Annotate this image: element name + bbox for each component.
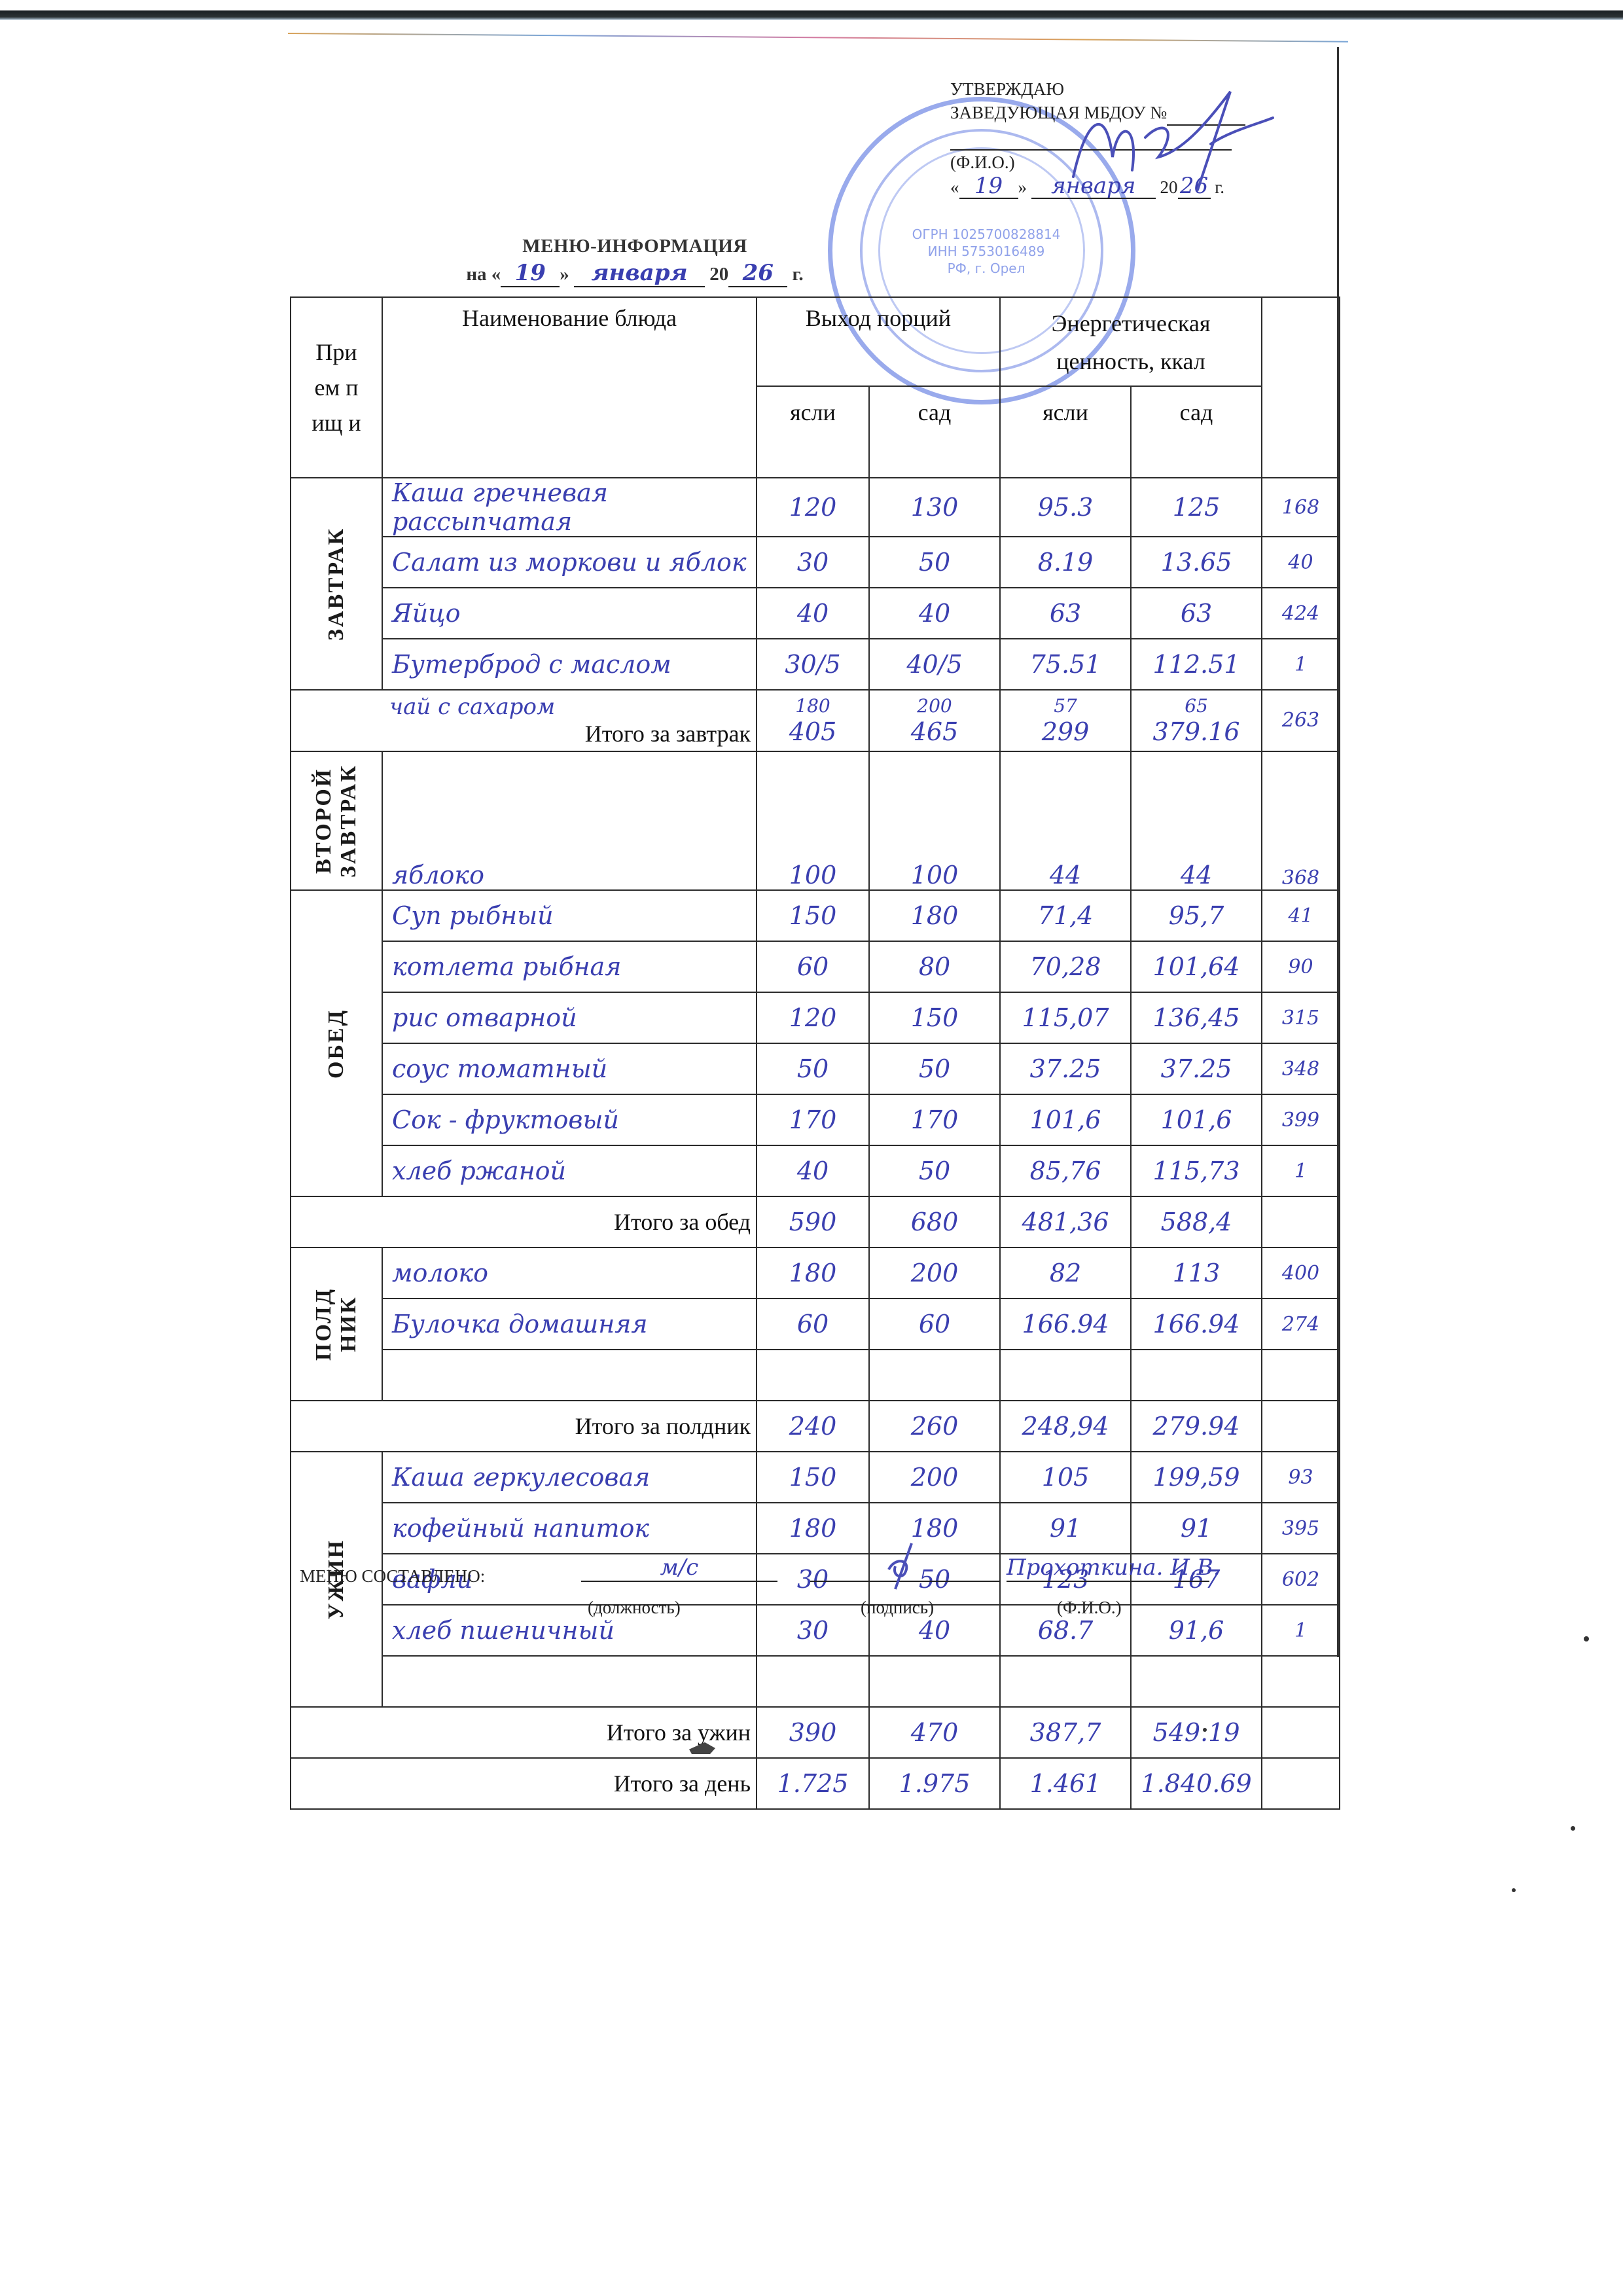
kcal-garden: 166.94 xyxy=(1131,1299,1262,1350)
table-row: хлеб пшеничный304068.791,61 xyxy=(291,1605,1340,1656)
kcal-garden: 91,6 xyxy=(1131,1605,1262,1656)
table-row: соус томатный505037.2537.25348 xyxy=(291,1043,1340,1094)
recipe-number xyxy=(1262,1656,1340,1707)
total-value: 379.16 xyxy=(1132,717,1261,746)
header-meal-text: При ем пищ и xyxy=(310,334,363,440)
extra-portion-nursery: 180 xyxy=(757,695,868,717)
total-value: 390 xyxy=(757,1718,868,1747)
table-row: Бутерброд с маслом30/540/575.51112.511 xyxy=(291,639,1340,690)
portion-garden: 170 xyxy=(869,1094,1000,1145)
dish-name xyxy=(382,1656,757,1707)
dish-name: хлеб пшеничный xyxy=(382,1605,757,1656)
document-header: МЕНЮ-ИНФОРМАЦИЯ на «19» января 2026 г. xyxy=(406,236,864,287)
kcal-nursery: 101,6 xyxy=(1000,1094,1131,1145)
scan-speck xyxy=(1512,1888,1516,1892)
total-value: 387,7 xyxy=(1001,1718,1130,1747)
portion-garden: 50 xyxy=(869,1043,1000,1094)
footer-position-value: м/с xyxy=(581,1554,777,1582)
kcal-nursery: 44 xyxy=(1000,751,1131,890)
recipe-number: 168 xyxy=(1262,478,1340,537)
kcal-nursery xyxy=(1000,1350,1131,1401)
table-row: хлеб ржаной405085,76115,731 xyxy=(291,1145,1340,1196)
recipe-number: 263 xyxy=(1262,690,1340,751)
recipe-number: 93 xyxy=(1262,1452,1340,1503)
portion-nursery: 50 xyxy=(757,1043,869,1094)
header-portions-nursery: ясли xyxy=(757,386,869,478)
meal-label-cell: ВТОРОЙ ЗАВТРАК xyxy=(291,751,382,890)
dish-name: яблоко xyxy=(382,751,757,890)
kcal-nursery: 115,07 xyxy=(1000,992,1131,1043)
portion-nursery: 120 xyxy=(757,478,869,537)
portion-nursery xyxy=(757,1350,869,1401)
kcal-garden: 125 xyxy=(1131,478,1262,537)
total-portion-garden: 680 xyxy=(869,1196,1000,1247)
total-value: 465 xyxy=(870,717,999,746)
footer-fio-caption: (Ф.И.О.) xyxy=(1057,1598,1122,1618)
portion-garden: 100 xyxy=(869,751,1000,890)
dish-name: Булочка домашняя xyxy=(382,1299,757,1350)
dish-name: котлета рыбная xyxy=(382,941,757,992)
total-value: 588,4 xyxy=(1132,1208,1261,1236)
portion-nursery: 30/5 xyxy=(757,639,869,690)
dish-name: Сок - фруктовый xyxy=(382,1094,757,1145)
meal-label-cell: ОБЕД xyxy=(291,890,382,1196)
dish-name: молоко xyxy=(382,1247,757,1299)
kcal-garden xyxy=(1131,1350,1262,1401)
total-label: Итого за обед xyxy=(291,1196,757,1247)
header-energy-nursery: ясли xyxy=(1000,386,1131,478)
dish-name: Яйцо xyxy=(382,588,757,639)
kcal-garden: 115,73 xyxy=(1131,1145,1262,1196)
portion-garden: 130 xyxy=(869,478,1000,537)
kcal-nursery: 105 xyxy=(1000,1452,1131,1503)
extra-portion-garden: 200 xyxy=(870,695,999,717)
kcal-garden xyxy=(1131,1656,1262,1707)
stamp-inn: ИНН 5753016489 xyxy=(904,243,1068,260)
portion-garden: 80 xyxy=(869,941,1000,992)
kcal-nursery: 82 xyxy=(1000,1247,1131,1299)
recipe-number xyxy=(1262,1350,1340,1401)
portion-nursery: 180 xyxy=(757,1247,869,1299)
dish-name: кофейный напиток xyxy=(382,1503,757,1554)
total-label: Итого за полдник xyxy=(291,1401,757,1452)
table-row: Салат из моркови и яблок30508.1913.6540 xyxy=(291,537,1340,588)
dish-name: Бутерброд с маслом xyxy=(382,639,757,690)
total-value: 405 xyxy=(757,717,868,746)
portion-garden xyxy=(869,1350,1000,1401)
document-date: на «19» января 2026 г. xyxy=(406,260,864,287)
recipe-number: 41 xyxy=(1262,890,1340,941)
document-date-day: 19 xyxy=(501,260,560,287)
recipe-number: 602 xyxy=(1262,1554,1340,1605)
total-portion-garden: 200465 xyxy=(869,690,1000,751)
portion-garden: 40 xyxy=(869,588,1000,639)
recipe-number: 400 xyxy=(1262,1247,1340,1299)
meal-label: ВТОРОЙ ЗАВТРАК xyxy=(312,764,361,878)
total-value: 590 xyxy=(757,1208,868,1236)
header-portions: Выход порций xyxy=(757,297,1000,386)
extra-recipe-number: 263 xyxy=(1262,709,1339,732)
total-kcal-garden: 65379.16 xyxy=(1131,690,1262,751)
total-portion-nursery: 390 xyxy=(757,1707,869,1758)
total-portion-garden: 260 xyxy=(869,1401,1000,1452)
total-label: чай с сахаромИтого за завтрак xyxy=(291,690,757,751)
portion-nursery: 60 xyxy=(757,941,869,992)
portion-nursery: 60 xyxy=(757,1299,869,1350)
table-row xyxy=(291,1656,1340,1707)
header-meal: При ем пищ и xyxy=(291,297,382,478)
kcal-garden: 113 xyxy=(1131,1247,1262,1299)
kcal-garden: 13.65 xyxy=(1131,537,1262,588)
extra-kcal-garden: 65 xyxy=(1132,695,1261,717)
total-label: Итого за ужин xyxy=(291,1707,757,1758)
total-value: 470 xyxy=(870,1718,999,1747)
total-label-text: Итого за полдник xyxy=(291,1412,751,1440)
dish-name: рис отварной xyxy=(382,992,757,1043)
total-value: 260 xyxy=(870,1412,999,1441)
total-kcal-nursery: 57299 xyxy=(1000,690,1131,751)
kcal-nursery: 166.94 xyxy=(1000,1299,1131,1350)
recipe-number xyxy=(1262,1758,1340,1809)
total-label-text: Итого за обед xyxy=(291,1208,751,1236)
table-row: ОБЕДСуп рыбный15018071,495,741 xyxy=(291,890,1340,941)
total-portion-garden: 470 xyxy=(869,1707,1000,1758)
total-kcal-garden: 549.19 xyxy=(1131,1707,1262,1758)
portion-garden: 50 xyxy=(869,537,1000,588)
total-value: 549.19 xyxy=(1132,1718,1261,1747)
dish-name: соус томатный xyxy=(382,1043,757,1094)
total-portion-nursery: 590 xyxy=(757,1196,869,1247)
total-value: 680 xyxy=(870,1208,999,1236)
recipe-number: 274 xyxy=(1262,1299,1340,1350)
total-value: 248,94 xyxy=(1001,1412,1130,1441)
header-recipe xyxy=(1262,297,1340,478)
total-row: Итого за ужин390470387,7549.19 xyxy=(291,1707,1340,1758)
kcal-nursery: 37.25 xyxy=(1000,1043,1131,1094)
meal-label: ОБЕД xyxy=(324,1009,349,1079)
total-kcal-nursery: 387,7 xyxy=(1000,1707,1131,1758)
kcal-garden: 112.51 xyxy=(1131,639,1262,690)
kcal-garden: 44 xyxy=(1131,751,1262,890)
header-portions-garden: сад xyxy=(869,386,1000,478)
day-total-kcal-nursery: 1.461 xyxy=(1000,1758,1131,1809)
kcal-nursery: 63 xyxy=(1000,588,1131,639)
table-row: Яйцо40406363424 xyxy=(291,588,1340,639)
portion-nursery xyxy=(757,1656,869,1707)
date-year-prefix: 20 xyxy=(709,264,728,285)
menu-body: ЗАВТРАККаша гречневая рассыпчатая1201309… xyxy=(291,478,1340,1809)
table-row: ПОЛД НИКмолоко18020082113400 xyxy=(291,1247,1340,1299)
kcal-garden: 199,59 xyxy=(1131,1452,1262,1503)
portion-garden: 200 xyxy=(869,1247,1000,1299)
total-kcal-nursery: 248,94 xyxy=(1000,1401,1131,1452)
document-date-year: 26 xyxy=(728,260,787,287)
kcal-nursery: 70,28 xyxy=(1000,941,1131,992)
date-quote-close: » xyxy=(560,264,569,285)
approval-date-day: 19 xyxy=(959,174,1018,199)
recipe-number: 315 xyxy=(1262,992,1340,1043)
date-year-word: г. xyxy=(793,264,804,285)
portion-nursery: 150 xyxy=(757,1452,869,1503)
total-kcal-garden: 588,4 xyxy=(1131,1196,1262,1247)
footer-signature-caption: (подпись) xyxy=(861,1598,934,1618)
kcal-nursery xyxy=(1000,1656,1131,1707)
scan-speck xyxy=(1203,1728,1207,1732)
stamp-text: ОГРН 1025700828814 ИНН 5753016489 РФ, г.… xyxy=(904,226,1068,277)
portion-nursery: 180 xyxy=(757,1503,869,1554)
portion-nursery: 120 xyxy=(757,992,869,1043)
kcal-garden: 95,7 xyxy=(1131,890,1262,941)
document-title: МЕНЮ-ИНФОРМАЦИЯ xyxy=(406,236,864,257)
table-row: Булочка домашняя6060166.94166.94274 xyxy=(291,1299,1340,1350)
sheet-top-border xyxy=(288,33,1348,43)
table-row xyxy=(291,1350,1340,1401)
document-date-month: января xyxy=(574,260,705,287)
table-row: УЖИНКаша геркулесовая150200105199,5993 xyxy=(291,1452,1340,1503)
portion-garden: 40/5 xyxy=(869,639,1000,690)
quote-close: » xyxy=(1018,177,1027,197)
total-row: Итого за обед590680481,36588,4 xyxy=(291,1196,1340,1247)
portion-garden: 50 xyxy=(869,1145,1000,1196)
portion-nursery: 150 xyxy=(757,890,869,941)
meal-label: ЗАВТРАК xyxy=(324,527,349,641)
dish-name: Каша геркулесовая xyxy=(382,1452,757,1503)
day-total-portion-garden: 1.975 xyxy=(869,1758,1000,1809)
recipe-number: 399 xyxy=(1262,1094,1340,1145)
recipe-number: 424 xyxy=(1262,588,1340,639)
kcal-garden: 101,6 xyxy=(1131,1094,1262,1145)
dish-name: чай с сахаром xyxy=(291,694,751,720)
recipe-number: 1 xyxy=(1262,639,1340,690)
kcal-nursery: 91 xyxy=(1000,1503,1131,1554)
recipe-number: 1 xyxy=(1262,1605,1340,1656)
day-total-portion-nursery: 1.725 xyxy=(757,1758,869,1809)
portion-nursery: 100 xyxy=(757,751,869,890)
total-kcal-garden: 279.94 xyxy=(1131,1401,1262,1452)
total-value: 299 xyxy=(1001,717,1130,746)
kcal-garden: 37.25 xyxy=(1131,1043,1262,1094)
stamp-ogrn: ОГРН 1025700828814 xyxy=(904,226,1068,243)
total-value: 279.94 xyxy=(1132,1412,1261,1441)
quote-open: « xyxy=(950,177,959,197)
kcal-nursery: 85,76 xyxy=(1000,1145,1131,1196)
header-energy: Энергетическая ценность, ккал xyxy=(1000,297,1262,386)
total-row: чай с сахаромИтого за завтрак18040520046… xyxy=(291,690,1340,751)
recipe-number: 395 xyxy=(1262,1503,1340,1554)
kcal-garden: 136,45 xyxy=(1131,992,1262,1043)
portion-nursery: 40 xyxy=(757,1145,869,1196)
dish-name: Суп рыбный xyxy=(382,890,757,941)
total-kcal-nursery: 481,36 xyxy=(1000,1196,1131,1247)
total-value: 240 xyxy=(757,1412,868,1441)
total-label-text: Итого за ужин xyxy=(291,1719,751,1746)
table-row: кофейный напиток1801809191395 xyxy=(291,1503,1340,1554)
stamp-city: РФ, г. Орел xyxy=(904,260,1068,277)
recipe-number: 348 xyxy=(1262,1043,1340,1094)
total-portion-nursery: 180405 xyxy=(757,690,869,751)
footer-position-caption: (должность) xyxy=(588,1598,681,1618)
recipe-number: 368 xyxy=(1262,751,1340,890)
kcal-garden: 91 xyxy=(1131,1503,1262,1554)
kcal-garden: 63 xyxy=(1131,588,1262,639)
day-total-label: Итого за день xyxy=(291,1758,757,1809)
kcal-garden: 101,64 xyxy=(1131,941,1262,992)
scan-edge xyxy=(0,10,1623,20)
dish-name: Каша гречневая рассыпчатая xyxy=(382,478,757,537)
footer-label: МЕНЮ СОСТАВЛЕНО: xyxy=(300,1566,485,1587)
table-row: рис отварной120150115,07136,45315 xyxy=(291,992,1340,1043)
table-row: ВТОРОЙ ЗАВТРАКяблоко1001004444368 xyxy=(291,751,1340,890)
portion-nursery: 170 xyxy=(757,1094,869,1145)
scan-speck xyxy=(1571,1826,1575,1831)
header-dish: Наименование блюда xyxy=(382,297,757,478)
table-row: ЗАВТРАККаша гречневая рассыпчатая1201309… xyxy=(291,478,1340,537)
kcal-nursery: 71,4 xyxy=(1000,890,1131,941)
total-label-text: Итого за завтрак xyxy=(291,720,751,747)
total-portion-nursery: 240 xyxy=(757,1401,869,1452)
scan-speck xyxy=(1584,1636,1589,1641)
compiler-signature xyxy=(876,1540,928,1592)
dish-name: Салат из моркови и яблок xyxy=(382,537,757,588)
meal-label: ПОЛД НИК xyxy=(312,1287,361,1361)
portion-garden: 200 xyxy=(869,1452,1000,1503)
portion-nursery: 40 xyxy=(757,588,869,639)
total-value: 481,36 xyxy=(1001,1208,1130,1236)
recipe-number: 90 xyxy=(1262,941,1340,992)
portion-garden xyxy=(869,1656,1000,1707)
portion-garden: 180 xyxy=(869,890,1000,941)
kcal-nursery: 75.51 xyxy=(1000,639,1131,690)
portion-nursery: 30 xyxy=(757,1605,869,1656)
portion-garden: 60 xyxy=(869,1299,1000,1350)
table-row: котлета рыбная608070,28101,6490 xyxy=(291,941,1340,992)
portion-nursery: 30 xyxy=(757,537,869,588)
portion-garden: 150 xyxy=(869,992,1000,1043)
dish-name: хлеб ржаной xyxy=(382,1145,757,1196)
recipe-number xyxy=(1262,1707,1340,1758)
dish-name xyxy=(382,1350,757,1401)
meal-label-cell: ЗАВТРАК xyxy=(291,478,382,690)
kcal-nursery: 8.19 xyxy=(1000,537,1131,588)
table-row: Сок - фруктовый170170101,6101,6399 xyxy=(291,1094,1340,1145)
total-row: Итого за полдник240260248,94279.94 xyxy=(291,1401,1340,1452)
director-signature xyxy=(1060,79,1276,196)
meal-label-cell: ПОЛД НИК xyxy=(291,1247,382,1401)
day-total-row: Итого за день1.7251.9751.4611.840.69 xyxy=(291,1758,1340,1809)
recipe-number: 40 xyxy=(1262,537,1340,588)
day-total-kcal-garden: 1.840.69 xyxy=(1131,1758,1262,1809)
date-prefix: на « xyxy=(466,264,501,285)
extra-kcal-nursery: 57 xyxy=(1001,695,1130,717)
recipe-number xyxy=(1262,1401,1340,1452)
recipe-number: 1 xyxy=(1262,1145,1340,1196)
header-energy-garden: сад xyxy=(1131,386,1262,478)
footer-fio-value: Прохоткина. И.В. xyxy=(1007,1554,1209,1582)
recipe-number xyxy=(1262,1196,1340,1247)
kcal-nursery: 95.3 xyxy=(1000,478,1131,537)
